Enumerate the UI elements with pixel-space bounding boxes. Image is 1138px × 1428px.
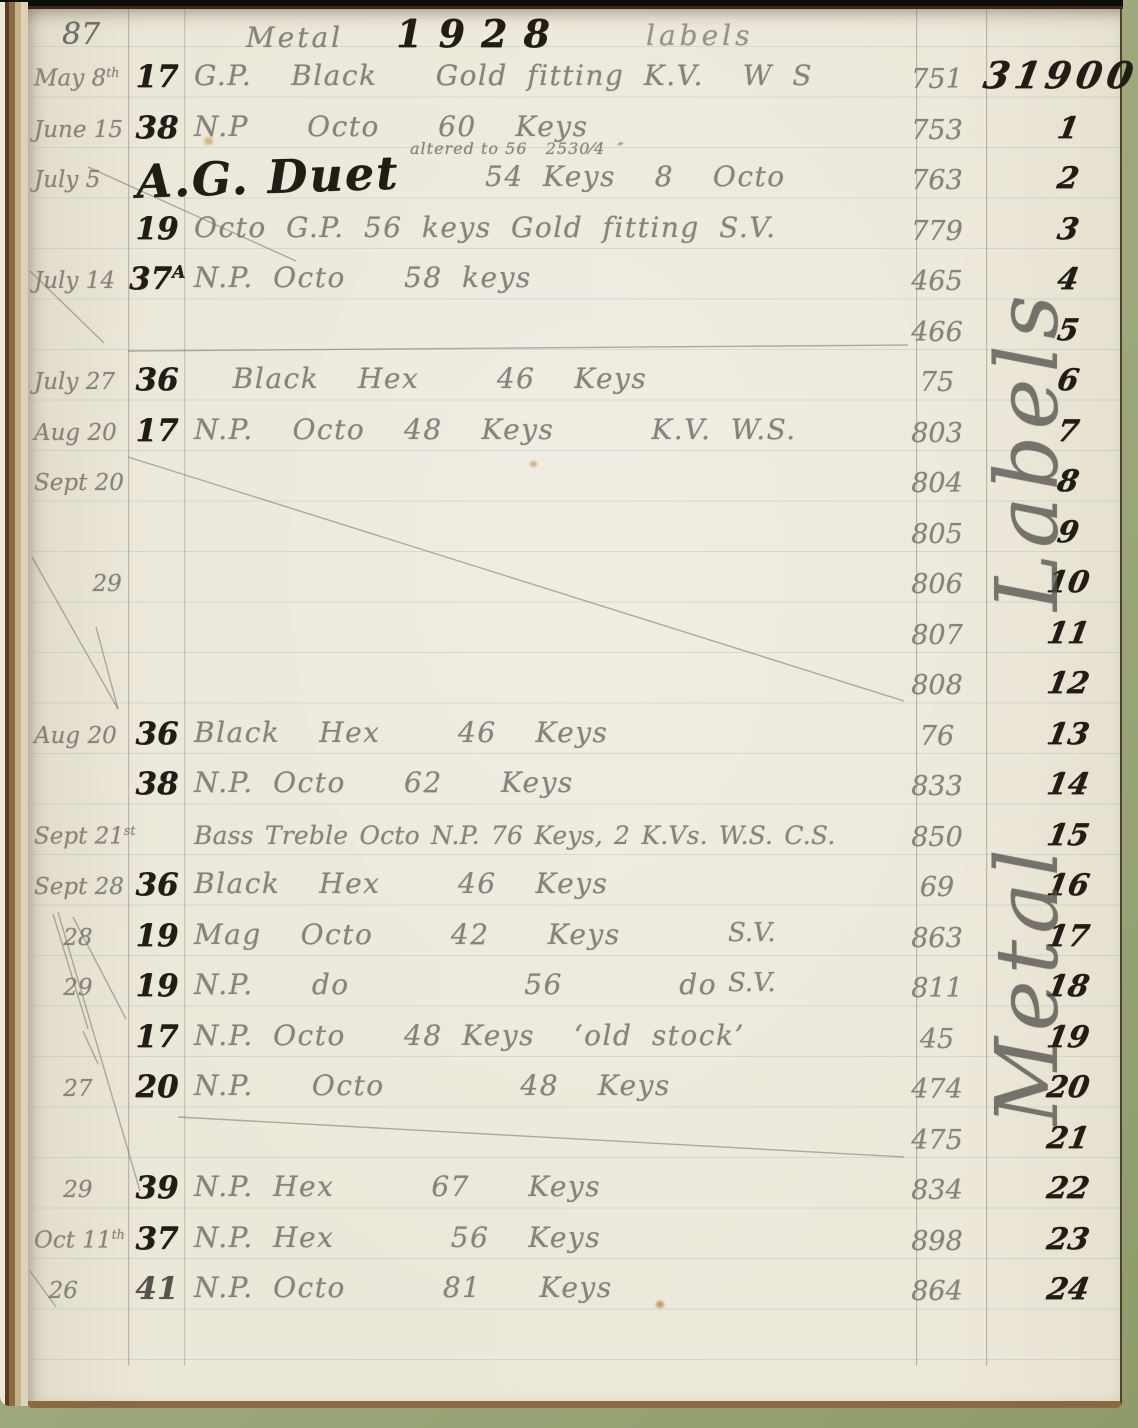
ledger-row: 8059 [28,501,1120,552]
entry-quantity: 38 [129,766,185,802]
ledger-row: Sept 2836Black Hex 46 Keys6916 [28,854,1120,905]
entry-reference-number: 763 [890,165,984,196]
ledger-row: 4665 [28,299,1120,350]
entry-valve-mark: S.V. [728,918,776,948]
entry-quantity: 36 [129,362,185,398]
entry-serial-number: 9 [1020,515,1116,550]
entry-reference-number: 474 [890,1074,984,1105]
entry-quantity: 36 [129,716,185,752]
entry-quantity: 36 [129,867,185,903]
entry-serial-number: 2 [1020,161,1116,196]
entry-serial-number: 7 [1020,414,1116,449]
entry-reference-number: 465 [890,266,984,297]
entry-reference-number: 834 [890,1175,984,1206]
entry-description: N.P. Octo 48 Keys [194,1069,894,1102]
entry-date: 29 [34,1177,128,1203]
entry-quantity: 17 [129,59,185,95]
ledger-row: Sept 208048 [28,450,1120,501]
entry-description: N.P. Hex 56 Keys [194,1221,894,1254]
entry-alteration-note: altered to 56 2530⁄4 ″ [410,139,624,158]
entry-serial-number: 24 [1020,1272,1116,1307]
entry-date: 29 [34,975,128,1001]
ledger-row: Sept 21stBass Treble Octo N.P. 76 Keys, … [28,804,1120,855]
entry-quantity: 37A [129,261,185,297]
entry-serial-number: 23 [1020,1222,1116,1257]
entry-reference-number: 863 [890,923,984,954]
entry-reference-number: 898 [890,1226,984,1257]
entry-reference-number: 751 [890,64,984,95]
entry-serial-number: 22 [1020,1171,1116,1206]
entry-date: Aug 20 [34,723,128,749]
entry-serial-number: 14 [1020,767,1116,802]
ledger-row: 2919N.P. do 56 doS.V.81118 [28,955,1120,1006]
entry-serial-number: 3 [1020,212,1116,247]
ledger-row: 2980610 [28,551,1120,602]
entry-description: N.P. Octo 58 keys [194,261,894,294]
entry-serial-number: 20 [1020,1070,1116,1105]
entry-reference-number: 805 [890,519,984,550]
entry-date: 29 [34,571,128,597]
entry-description: N.P. Octo 81 Keys [194,1271,894,1304]
ledger-row: 2939N.P. Hex 67 Keys83422 [28,1157,1120,1208]
entry-quantity: 19 [129,211,185,247]
entry-reference-number: 864 [890,1276,984,1307]
entry-reference-number: 811 [890,973,984,1004]
entry-reference-number: 803 [890,418,984,449]
entry-date: 26 [34,1278,128,1304]
entry-serial-number: 17 [1020,919,1116,954]
paper-stain [204,137,213,145]
entry-date: Sept 20 [34,470,128,496]
ledger-row: Oct 11th37N.P. Hex 56 Keys89823 [28,1208,1120,1259]
entry-reference-number: 807 [890,620,984,651]
entry-serial-number: 11 [1020,616,1116,651]
entry-reference-number: 475 [890,1125,984,1156]
book-top-edge [0,0,1123,9]
entry-reference-number: 804 [890,468,984,499]
entry-description: N.P. Hex 67 Keys [194,1170,894,1203]
entry-quantity: 41 [129,1271,185,1307]
entry-serial-number: 31900 [980,53,1138,97]
entry-date: Oct 11th [34,1227,128,1254]
ledger-row: 38N.P. Octo 62 Keys83314 [28,753,1120,804]
ledger-row: 2819Mag Octo 42 KeysS.V.86317 [28,905,1120,956]
entry-date: May 8th [34,65,128,92]
entry-date: July 14 [34,268,128,294]
ledger-rows: May 8th17G.P. Black Gold fitting K.V. W … [28,46,1120,1346]
entry-serial-number: 18 [1020,969,1116,1004]
ledger-row: July 5A.G. Duet 54 Keys 8 Octoaltered to… [28,147,1120,198]
entry-serial-number: 4 [1020,262,1116,297]
ledger-row: 47521 [28,1107,1120,1158]
entry-date: Sept 28 [34,874,128,900]
entry-date: June 15 [34,117,128,143]
ledger-row: July 2736 Black Hex 46 Keys756 [28,349,1120,400]
entry-date: 28 [34,925,128,951]
entry-date: 27 [34,1076,128,1102]
entry-description: Bass Treble Octo N.P. 76 Keys, 2 K.Vs. W… [194,821,894,850]
entry-description: N.P. Octo 62 Keys [194,766,894,799]
entry-serial-number: 12 [1020,666,1116,701]
entry-reference-number: 69 [890,872,984,903]
entry-reference-number: 466 [890,317,984,348]
entry-description: N.P. do 56 do [194,968,894,1001]
entry-serial-number: 16 [1020,868,1116,903]
entry-quantity: 20 [129,1069,185,1105]
entry-serial-number: 19 [1020,1020,1116,1055]
entry-description: Octo G.P. 56 keys Gold fitting S.V. [194,211,894,244]
entry-reference-number: 808 [890,670,984,701]
ledger-row: 17N.P. Octo 48 Keys ‘old stock’4519 [28,1006,1120,1057]
entry-reference-number: 833 [890,771,984,802]
ledger-row: May 8th17G.P. Black Gold fitting K.V. W … [28,46,1120,97]
entry-date: Aug 20 [34,420,128,446]
entry-description: Black Hex 46 Keys [194,362,894,395]
entry-serial-number: 5 [1020,313,1116,348]
entry-quantity: 19 [129,968,185,1004]
ledger-row: July 1437AN.P. Octo 58 keys4654 [28,248,1120,299]
ledger-page: 87 Metal 1928 labels May 8th17G.P. Black… [28,9,1122,1408]
entry-serial-number: 15 [1020,818,1116,853]
entry-reference-number: 779 [890,216,984,247]
ledger-row: 80711 [28,602,1120,653]
entry-serial-number: 1 [1020,111,1116,146]
ledger-row: 80812 [28,652,1120,703]
entry-description: Black Hex 46 Keys [194,716,894,749]
entry-quantity: 38 [129,110,185,146]
entry-date: July 5 [34,167,128,193]
entry-reference-number: 850 [890,822,984,853]
ledger-row: Aug 2017N.P. Octo 48 Keys K.V. W.S.8037 [28,400,1120,451]
entry-valve-mark: S.V. [728,968,776,998]
entry-quantity: 17 [129,1019,185,1055]
entry-date: Sept 21st [34,823,128,850]
entry-quantity: 19 [129,918,185,954]
entry-quantity: 17 [129,413,185,449]
entry-reference-number: 753 [890,115,984,146]
entry-description: G.P. Black Gold fitting K.V. W S [194,59,894,92]
ledger-row: 2641N.P. Octo 81 Keys86424 [28,1258,1120,1309]
entry-description: Mag Octo 42 Keys [194,918,894,951]
entry-description: N.P. Octo 48 Keys ‘old stock’ [194,1019,894,1052]
entry-reference-number: 75 [890,367,984,398]
entry-serial-number: 10 [1020,565,1116,600]
ledger-row: 2720N.P. Octo 48 Keys47420 [28,1056,1120,1107]
entry-description: N.P Octo 60 Keys [194,110,894,143]
entry-quantity: 37 [129,1221,185,1257]
paper-stain [530,461,537,467]
entry-name-overwrite: A.G. Duet [135,145,400,208]
entry-serial-number: 6 [1020,363,1116,398]
paper-stain [656,1301,664,1308]
entry-description: Black Hex 46 Keys [194,867,894,900]
entry-serial-number: 21 [1020,1121,1116,1156]
entry-reference-number: 76 [890,721,984,752]
entry-description: N.P. Octo 48 Keys K.V. W.S. [194,413,894,446]
entry-serial-number: 8 [1020,464,1116,499]
entry-quantity: 39 [129,1170,185,1206]
book-spine [0,2,28,1406]
entry-date: July 27 [34,369,128,395]
entry-reference-number: 45 [890,1024,984,1055]
entry-reference-number: 806 [890,569,984,600]
entry-serial-number: 13 [1020,717,1116,752]
ledger-row: Aug 2036Black Hex 46 Keys7613 [28,703,1120,754]
